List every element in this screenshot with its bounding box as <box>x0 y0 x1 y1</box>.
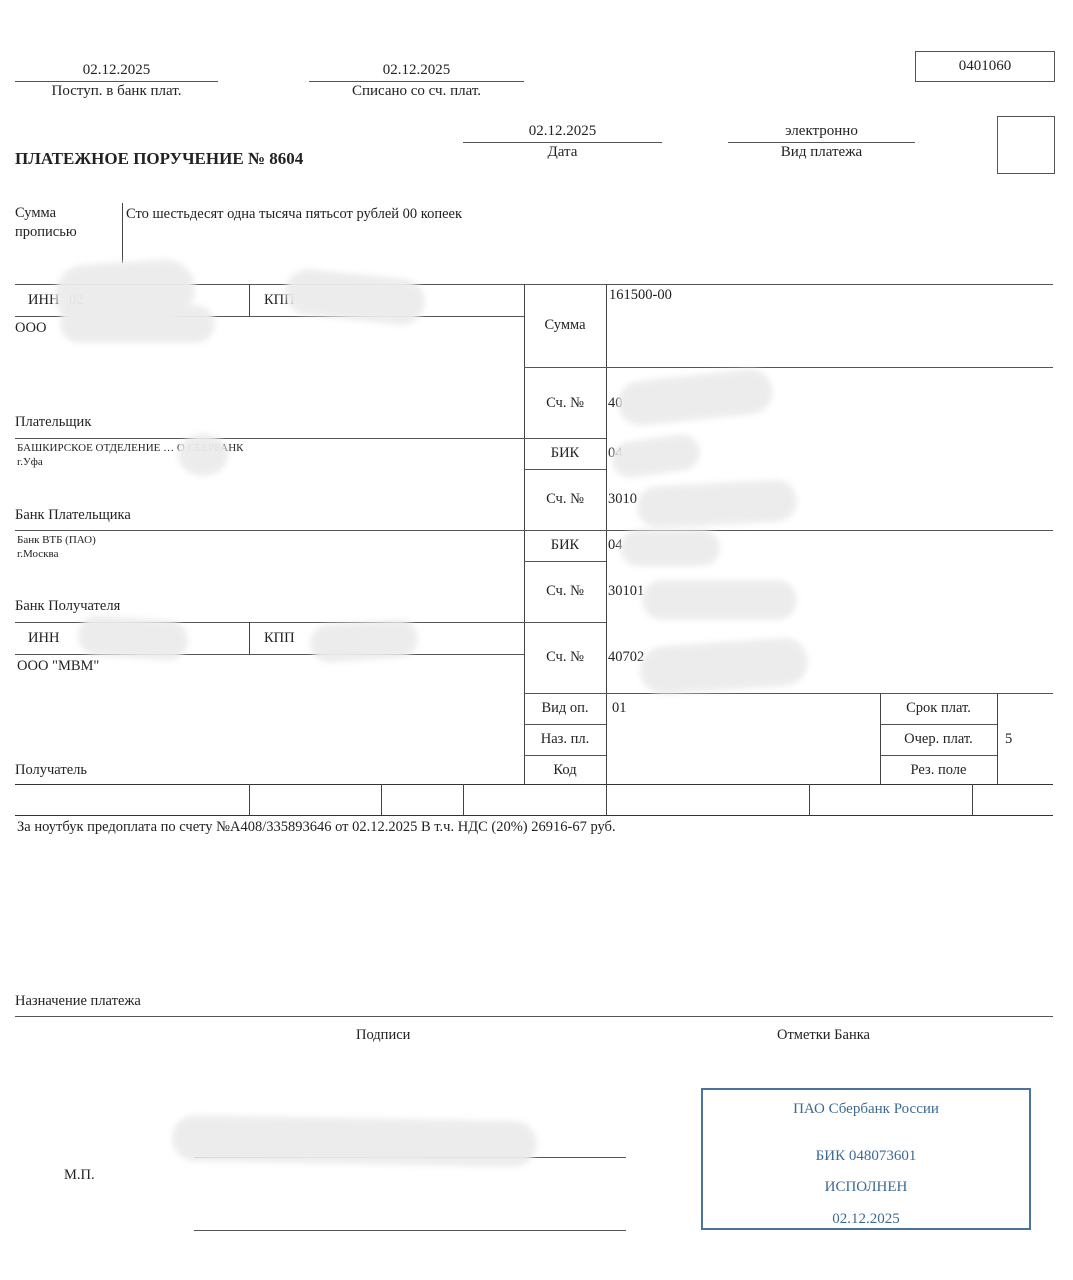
date-label: Дата <box>463 144 662 161</box>
bank-stamp: ПАО Сбербанк России БИК 048073601 ИСПОЛН… <box>701 1088 1031 1230</box>
redaction <box>60 305 215 343</box>
divider <box>15 815 1053 816</box>
divider <box>524 469 606 470</box>
divider <box>524 755 606 756</box>
divider <box>15 81 218 82</box>
stamp-bank-name: ПАО Сбербанк России <box>703 1101 1029 1118</box>
divider <box>15 438 606 439</box>
stamp-bik: БИК 048073601 <box>703 1148 1029 1165</box>
op-type-value: 01 <box>612 700 627 717</box>
divider <box>381 784 382 815</box>
redaction <box>642 580 797 620</box>
recipient-kpp-label: КПП <box>264 630 295 647</box>
recipient-bank-city: г.Москва <box>17 547 96 561</box>
received-label: Поступ. в банк плат. <box>15 83 218 100</box>
redaction <box>610 432 702 480</box>
amount-words-label-line2: прописью <box>15 223 77 242</box>
code-label: Код <box>524 762 606 779</box>
form-code: 0401060 <box>959 58 1012 74</box>
recipient-name: ООО "МВМ" <box>17 658 99 675</box>
amount-words-label: Сумма прописью <box>15 204 77 242</box>
redaction <box>178 434 228 476</box>
divider <box>524 724 606 725</box>
recipient-bank-name: Банк ВТБ (ПАО) <box>17 533 96 547</box>
payer-section-label: Плательщик <box>15 414 91 431</box>
amount-words-value: Сто шестьдесят одна тысяча пятьсот рубле… <box>126 206 462 223</box>
document-date: 02.12.2025 <box>463 123 662 140</box>
divider <box>309 81 524 82</box>
redaction <box>636 479 798 529</box>
divider <box>972 784 973 815</box>
redaction <box>616 367 775 428</box>
payment-purpose-text: За ноутбук предоплата по счету №А408/335… <box>17 819 616 836</box>
recipient-section-label: Получатель <box>15 762 87 779</box>
payment-type-label: Вид платежа <box>728 144 915 161</box>
debited-label: Списано со сч. плат. <box>309 83 524 100</box>
sum-value: 161500-00 <box>609 287 672 304</box>
divider <box>249 784 250 815</box>
amount-words-label-line1: Сумма <box>15 204 77 223</box>
divider <box>524 367 1053 368</box>
stamp-date: 02.12.2025 <box>703 1211 1029 1228</box>
payment-type-value: электронно <box>728 123 915 140</box>
divider <box>880 724 997 725</box>
recipient-bik-label: БИК <box>524 537 606 554</box>
divider <box>249 284 250 316</box>
divider <box>524 561 606 562</box>
divider <box>122 203 123 263</box>
divider <box>249 622 250 654</box>
redaction <box>639 636 810 696</box>
payer-name: ООО <box>15 320 46 337</box>
due-label: Срок плат. <box>880 700 997 717</box>
recipient-account-label: Сч. № <box>524 649 606 666</box>
priority-value: 5 <box>1005 731 1012 748</box>
divider <box>606 284 607 816</box>
recipient-corr-value: 30101 <box>608 583 644 600</box>
divider <box>15 530 1053 531</box>
payer-bank-section-label: Банк Плательщика <box>15 507 131 524</box>
recipient-bank-info: Банк ВТБ (ПАО) г.Москва <box>17 533 96 561</box>
sum-label: Сумма <box>524 317 606 334</box>
recipient-account-value: 40702 <box>608 649 644 666</box>
divider <box>524 693 1053 694</box>
form-code-box: 0401060 <box>915 51 1055 82</box>
bank-marks-label: Отметки Банка <box>777 1027 870 1044</box>
empty-code-box <box>997 116 1055 174</box>
divider <box>463 784 464 815</box>
page-title: ПЛАТЕЖНОЕ ПОРУЧЕНИЕ № 8604 <box>15 149 303 169</box>
redaction <box>283 267 427 327</box>
divider <box>997 693 998 784</box>
recipient-inn-label: ИНН <box>28 630 59 647</box>
debited-date: 02.12.2025 <box>309 62 524 79</box>
payment-purpose-label: Назначение платежа <box>15 993 141 1010</box>
divider <box>15 1016 1053 1017</box>
divider <box>880 755 997 756</box>
received-date: 02.12.2025 <box>15 62 218 79</box>
redaction <box>620 530 720 566</box>
redaction <box>172 1115 538 1167</box>
divider <box>15 784 1053 785</box>
priority-label: Очер. плат. <box>880 731 997 748</box>
divider <box>809 784 810 815</box>
recipient-corr-label: Сч. № <box>524 583 606 600</box>
signature-line-2 <box>194 1230 626 1231</box>
reserve-label: Рез. поле <box>880 762 997 779</box>
signatures-label: Подписи <box>356 1027 410 1044</box>
op-type-label: Вид оп. <box>524 700 606 717</box>
payer-bik-label: БИК <box>524 445 606 462</box>
recipient-bank-section-label: Банк Получателя <box>15 598 120 615</box>
payer-corr-label: Сч. № <box>524 491 606 508</box>
redaction <box>309 618 419 663</box>
stamp-status: ИСПОЛНЕН <box>703 1179 1029 1196</box>
purpose-code-label: Наз. пл. <box>524 731 606 748</box>
payer-account-label: Сч. № <box>524 395 606 412</box>
divider <box>463 142 662 143</box>
divider <box>728 142 915 143</box>
payer-corr-value: 3010 <box>608 491 637 508</box>
redaction <box>77 614 190 662</box>
seal-label: М.П. <box>64 1167 95 1184</box>
